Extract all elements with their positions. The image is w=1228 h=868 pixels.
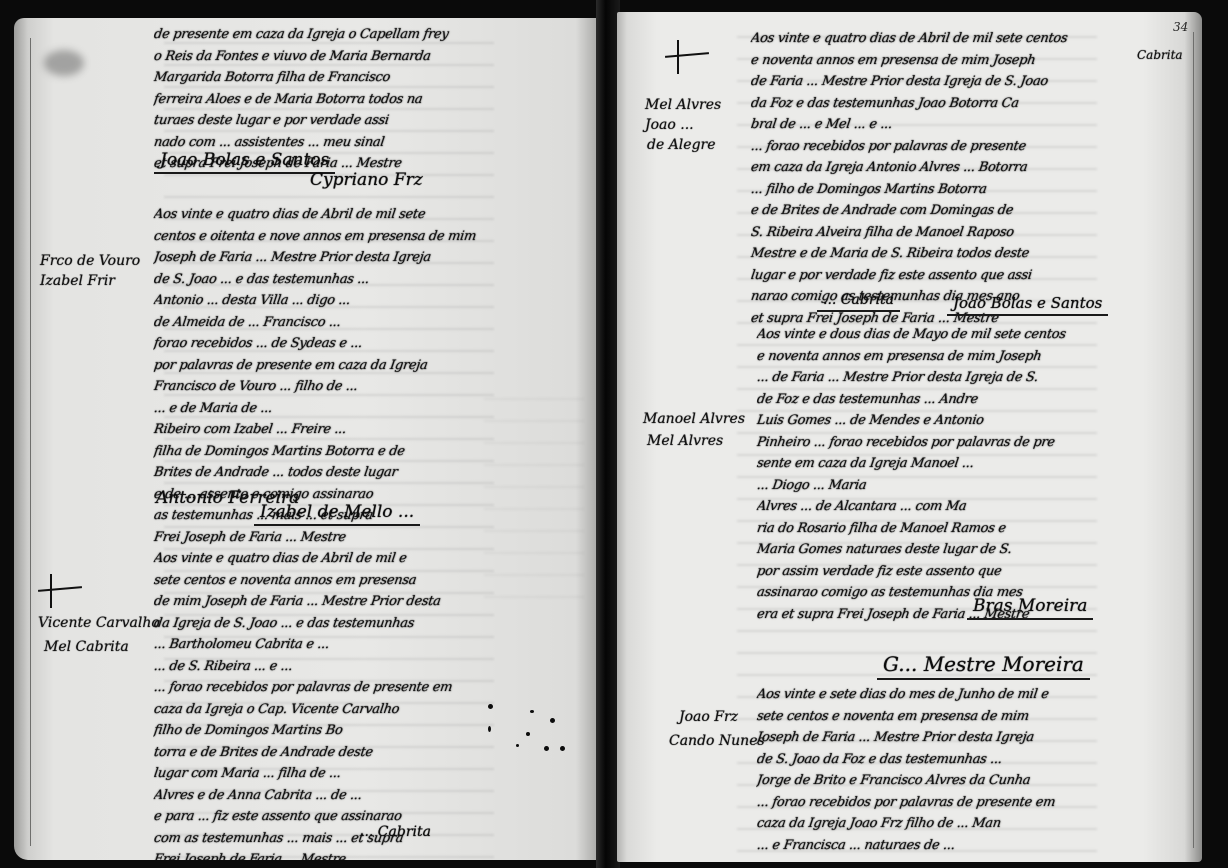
- signature: ... Cabrita: [354, 824, 437, 842]
- entry-line: Aos vinte e sete dias do mes de Junho de…: [755, 684, 1108, 706]
- entry-line: da Igreja de S. Joao ... e das testemunh…: [152, 613, 495, 635]
- entry-line: e noventa annos em presensa de mim Josep…: [749, 50, 1097, 72]
- entry-line: ... de Faria ... Mestre Prior desta Igre…: [755, 367, 1103, 389]
- entry-line: sente em caza da Igreja Manoel ...: [755, 453, 1103, 475]
- signature: Cypriano Frz: [304, 170, 429, 192]
- entry-line: de Almeida de ... Francisco ...: [152, 312, 495, 334]
- entry-line: e de Brites de Andrade com Domingas de: [749, 200, 1097, 222]
- entry-line: de presente em caza da Igreja o Capellam…: [152, 24, 495, 46]
- entry-line: Ribeiro com Izabel ... Freire ...: [152, 419, 495, 441]
- entry-line: forao recebidos ... de Sydeas e ...: [152, 333, 495, 355]
- margin-name: Izabel Frir: [40, 272, 115, 291]
- folio-number: 34: [1173, 20, 1188, 34]
- left-page: de presente em caza da Igreja o Capellam…: [14, 18, 599, 860]
- margin-name: Vicente Carvalho: [38, 614, 160, 633]
- entry-line: Aos vinte e quatro dias de Abril de mil …: [152, 548, 495, 570]
- entry-line: bral de ... e Mel ... e ...: [749, 114, 1097, 136]
- entry-line: Pinheiro ... forao recebidos por palavra…: [755, 432, 1103, 454]
- ink-bleed-through: [484, 398, 584, 598]
- entry-line: ferreira Aloes e de Maria Botorra todos …: [152, 89, 495, 111]
- entry-line: Aos vinte e quatro dias de Abril de mil …: [749, 28, 1097, 50]
- entry-line: em caza da Igreja Antonio Alvres ... Bot…: [749, 157, 1097, 179]
- margin-name: Frco de Vouro: [40, 252, 140, 271]
- margin-name: Mel Alvres: [645, 96, 721, 115]
- scanned-manuscript-spread: de presente em caza da Igreja o Capellam…: [0, 0, 1228, 868]
- entry-line: Joseph de Faria ... Mestre Prior desta I…: [152, 247, 495, 269]
- entry-line: Brites de Andrade ... todos deste lugar: [152, 462, 495, 484]
- entry-line: Jorge de Brito e Francisco Alvres da Cun…: [755, 770, 1108, 792]
- entry-line: ... forao recebidos por palavras de pres…: [749, 136, 1097, 158]
- signature: G... Mestre Moreira: [877, 652, 1090, 680]
- entry-line: por palavras de presente em caza da Igre…: [152, 355, 495, 377]
- margin-name: de Alegre: [647, 136, 716, 155]
- entry-line: Aos vinte e quatro dias de Abril de mil …: [152, 204, 495, 226]
- entry-line: com as testemunhas ... mais ... et supra: [152, 828, 495, 850]
- register-entry-r1: Aos vinte e quatro dias de Abril de mil …: [751, 28, 1096, 329]
- cross-mark-icon: [38, 574, 82, 608]
- entry-line: ... e de Maria de ...: [152, 398, 495, 420]
- entry-line: Mestre e de Maria de S. Ribeira todos de…: [749, 243, 1097, 265]
- margin-name: Joao Frz: [679, 708, 738, 727]
- entry-line: ... filho de Domingos Martins Botorra: [749, 179, 1097, 201]
- entry-line: o Reis da Fontes e viuvo de Maria Bernar…: [152, 46, 495, 68]
- entry-line: caza da Igreja o Cap. Vicente Carvalho: [152, 699, 495, 721]
- entry-line: sete centos e noventa annos em presensa: [152, 570, 495, 592]
- entry-line: de S. Joao da Foz e das testemunhas ...: [755, 749, 1108, 771]
- entry-line: e para ... fiz este assento que assinara…: [152, 806, 495, 828]
- margin-name: Mel Cabrita: [44, 638, 129, 657]
- entry-line: ... Bartholomeu Cabrita e ...: [152, 634, 495, 656]
- entry-line: de mim Joseph de Faria ... Mestre Prior …: [152, 591, 495, 613]
- page-margin-rule: [1193, 32, 1194, 848]
- page-margin-rule: [30, 38, 31, 846]
- right-page: 34 Cabrita Mel Alvres Joao ... de Alegre…: [617, 12, 1202, 862]
- entry-line: caza da Igreja Joao Frz filho de ... Man: [755, 813, 1108, 835]
- entry-line: lugar e por verdade fiz este assento que…: [749, 265, 1097, 287]
- entry-line: Margarida Botorra filha de Francisco: [152, 67, 495, 89]
- entry-line: Francisco de Vouro ... filho de ...: [152, 376, 495, 398]
- margin-name: Manoel Alvres: [643, 410, 745, 429]
- entry-line: Antonio ... desta Villa ... digo ...: [152, 290, 495, 312]
- margin-name: Joao ...: [645, 116, 694, 135]
- entry-line: Frei Joseph de Faria ... Mestre: [152, 849, 495, 860]
- entry-line: por assim verdade fiz este assento que: [755, 561, 1103, 583]
- signature: Bras Moreira: [967, 596, 1093, 620]
- entry-line: Joseph de Faria ... Mestre Prior desta I…: [755, 727, 1108, 749]
- entry-line: ... e Francisca ... naturaes de ...: [755, 835, 1108, 857]
- entry-line: ... forao recebidos por palavras de pres…: [152, 677, 495, 699]
- cross-mark-icon: [665, 40, 709, 74]
- register-entry-3: Aos vinte e quatro dias de Abril de mil …: [154, 548, 494, 860]
- entry-line: sete centos e noventa em presensa de mim: [755, 706, 1108, 728]
- entry-line: de Foz e das testemunhas ... Andre: [755, 389, 1103, 411]
- entry-line: Maria Gomes naturaes deste lugar de S.: [755, 539, 1103, 561]
- entry-line: ... Diogo ... Maria: [755, 475, 1103, 497]
- entry-line: Alvres e de Anna Cabrita ... de ...: [152, 785, 495, 807]
- entry-line: S. Ribeira Alveira filha de Manoel Rapos…: [749, 222, 1097, 244]
- entry-line: Frei Joseph de Faria ... Mestre: [152, 527, 495, 549]
- entry-line: Alvres ... de Alcantara ... com Ma: [755, 496, 1103, 518]
- entry-line: filha de Domingos Martins Botorra e de: [152, 441, 495, 463]
- entry-line: filho de Domingos Martins Bo: [152, 720, 495, 742]
- register-entry-r3: Aos vinte e sete dias do mes de Junho de…: [757, 684, 1107, 856]
- entry-line: Luis Gomes ... de Mendes e Antonio: [755, 410, 1103, 432]
- entry-line: da Foz e das testemunhas Joao Botorra Ca: [749, 93, 1097, 115]
- ink-stain: [44, 50, 84, 76]
- entry-line: de S. Joao ... e das testemunhas ...: [152, 269, 495, 291]
- margin-name: Cando Nunes: [669, 732, 765, 751]
- entry-line: ria do Rosario filha de Manoel Ramos e: [755, 518, 1103, 540]
- entry-line: Aos vinte e dous dias de Mayo de mil set…: [755, 324, 1103, 346]
- entry-line: ... de S. Ribeira ... e ...: [152, 656, 495, 678]
- signature: Izabel de Mello ...: [254, 502, 420, 526]
- margin-name: Mel Alvres: [647, 432, 723, 451]
- signature: ... Cabrita: [817, 292, 900, 312]
- entry-line: de Faria ... Mestre Prior desta Igreja d…: [749, 71, 1097, 93]
- signature: Joao Bolas e Santos: [947, 294, 1108, 316]
- entry-line: e noventa annos em presensa de mim Josep…: [755, 346, 1103, 368]
- entry-line: lugar com Maria ... filha de ...: [152, 763, 495, 785]
- entry-line: ... forao recebidos por palavras de pres…: [755, 792, 1108, 814]
- margin-note: Cabrita: [1137, 46, 1183, 65]
- entry-line: torra e de Brites de Andrade deste: [152, 742, 495, 764]
- entry-line: turaes deste lugar e por verdade assi: [152, 110, 495, 132]
- register-entry-r2: Aos vinte e dous dias de Mayo de mil set…: [757, 324, 1102, 625]
- entry-line: centos e oitenta e nove annos em presens…: [152, 226, 495, 248]
